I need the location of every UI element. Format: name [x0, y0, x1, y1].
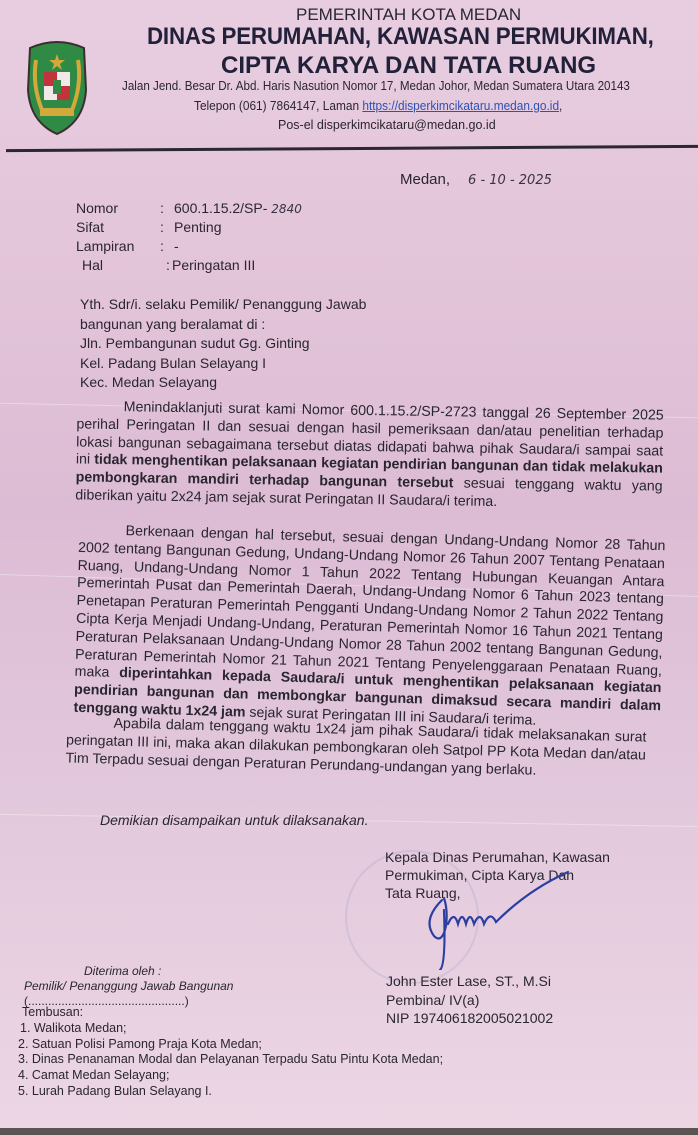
meta-value: 600.1.15.2/SP- 2840 [174, 200, 302, 216]
handwritten-signature-icon [418, 870, 578, 970]
cc-item: 1. Walikota Medan; [20, 1021, 443, 1037]
meta-value: - [174, 238, 179, 254]
meta-row-lampiran: Lampiran : - [76, 238, 82, 257]
cc-item: 5. Lurah Padang Bulan Selayang I. [18, 1084, 443, 1100]
letter-number-handwritten: 2840 [271, 202, 302, 216]
letterhead-divider [6, 145, 698, 152]
meta-value: Peringatan III [172, 257, 255, 273]
agency-contact: Telepon (061) 7864147, Laman https://dis… [194, 99, 562, 113]
meta-row-sifat: Sifat : Penting [76, 219, 82, 238]
received-by-block: Diterima oleh : Pemilik/ Penanggung Jawa… [20, 964, 233, 1009]
cc-label: Tembusan: [22, 1005, 443, 1021]
agency-email: Pos-el disperkimcikataru@medan.go.id [278, 118, 496, 132]
letter-page: PEMERINTAH KOTA MEDAN DINAS PERUMAHAN, K… [0, 0, 698, 1128]
closing-sentence: Demikian disampaikan untuk dilaksanakan. [100, 812, 368, 828]
meta-separator: : [166, 257, 170, 273]
website-link[interactable]: https://disperkimcikataru.medan.go.id [362, 99, 559, 113]
received-by-role: Pemilik/ Penanggung Jawab Bangunan [24, 979, 233, 994]
meta-key: Lampiran [76, 238, 146, 254]
meta-key: Hal [82, 257, 152, 273]
recipient-line: Kec. Medan Selayang [80, 373, 366, 393]
paragraph-text: Berkenaan dengan hal tersebut, sesuai de… [74, 523, 665, 681]
agency-name-line1: DINAS PERUMAHAN, KAWASAN PERMUKIMAN, [147, 23, 654, 51]
cc-item: 4. Camat Medan Selayang; [18, 1068, 443, 1084]
signatory-name: John Ester Lase, ST., M.Si [386, 972, 553, 991]
meta-separator: : [160, 200, 164, 216]
agency-address: Jalan Jend. Besar Dr. Abd. Haris Nasutio… [122, 79, 630, 93]
paragraph-1: Menindaklanjuti surat kami Nomor 600.1.1… [75, 398, 664, 514]
meta-row-nomor: Nomor : 600.1.15.2/SP- 2840 [76, 200, 82, 219]
meta-key: Nomor [76, 200, 146, 216]
government-name: PEMERINTAH KOTA MEDAN [296, 5, 521, 25]
recipient-line: Kel. Padang Bulan Selayang I [80, 354, 366, 374]
separator: , [559, 99, 562, 113]
table-surface [0, 1128, 698, 1135]
letter-meta: Nomor : 600.1.15.2/SP- 2840 Sifat : Pent… [76, 200, 82, 276]
signatory-title-line: Kepala Dinas Perumahan, Kawasan [385, 848, 610, 866]
meta-separator: : [160, 219, 164, 235]
letter-number: 600.1.15.2/SP- [174, 200, 267, 216]
date-place: Medan, [400, 171, 450, 188]
date-handwritten: 6 - 10 - 2025 [468, 173, 552, 188]
agency-name-line2: CIPTA KARYA DAN TATA RUANG [221, 52, 596, 80]
recipient-block: Yth. Sdr/i. selaku Pemilik/ Penanggung J… [80, 295, 366, 393]
cc-item: 3. Dinas Penanaman Modal dan Pelayanan T… [18, 1052, 443, 1068]
cc-item: 2. Satuan Polisi Pamong Praja Kota Medan… [18, 1037, 443, 1053]
letter-date: Medan,6 - 10 - 2025 [400, 171, 552, 188]
phone-text: Telepon (061) 7864147, Laman [194, 99, 362, 113]
recipient-line: bangunan yang beralamat di : [80, 315, 366, 335]
recipient-line: Yth. Sdr/i. selaku Pemilik/ Penanggung J… [80, 295, 366, 315]
cc-list: Tembusan: 1. Walikota Medan; 2. Satuan P… [18, 1005, 443, 1100]
meta-key: Sifat [76, 219, 146, 235]
kota-medan-logo-icon [22, 30, 92, 138]
meta-separator: : [160, 238, 164, 254]
paragraph-2: Berkenaan dengan hal tersebut, sesuai de… [73, 522, 665, 734]
meta-value: Penting [174, 219, 221, 235]
received-by-label: Diterima oleh : [84, 964, 233, 979]
recipient-line: Jln. Pembangunan sudut Gg. Ginting [80, 334, 366, 354]
